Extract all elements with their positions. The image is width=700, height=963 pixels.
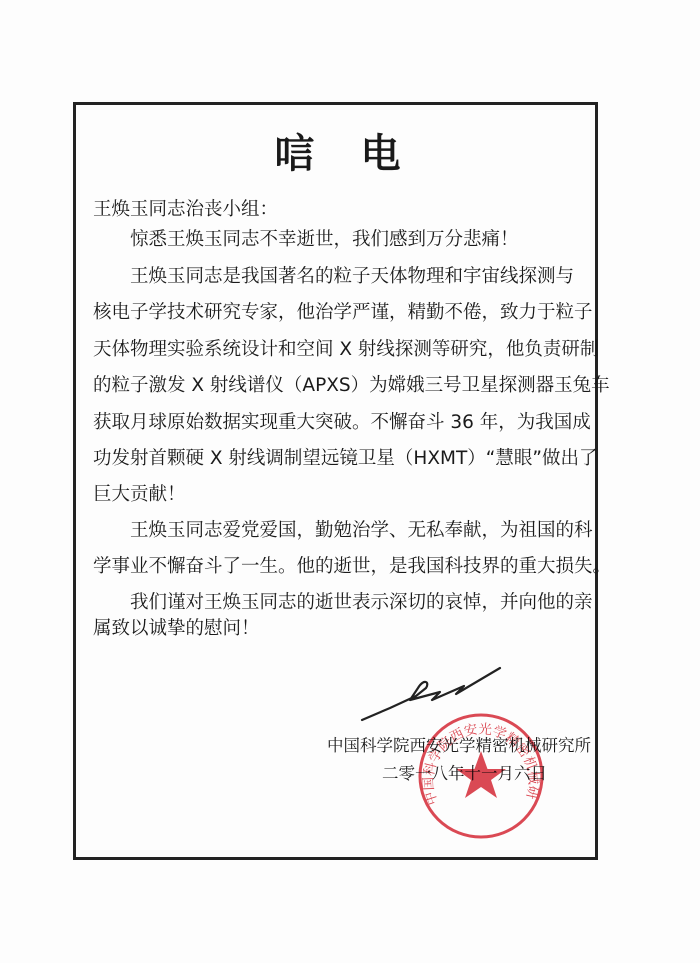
- paragraph-line: 巨大贡献！: [93, 484, 186, 506]
- paragraph-line: 的粒子激发 X 射线谱仪（APXS）为嫦娥三号卫星探测器玉兔车: [93, 375, 610, 397]
- title-char-1: 唁: [275, 122, 315, 179]
- paragraph-line: 学事业不懈奋斗了一生。他的逝世，是我国科技界的重大损失。: [93, 556, 611, 578]
- paragraph-line: 天体物理实验系统设计和空间 X 射线探测等研究，他负责研制: [93, 339, 598, 361]
- paragraph-line: 核电子学技术研究专家，他治学严谨，精勤不倦，致力于粒子: [93, 302, 593, 324]
- official-seal: 中国科学院西安光学精密机械研究所: [416, 711, 546, 841]
- paragraph-line: 我们谨对王焕玉同志的逝世表示深切的哀悼，并向他的亲: [130, 592, 593, 614]
- document-title: 唁电: [0, 122, 675, 179]
- star-icon: [456, 751, 506, 798]
- salutation: 王焕玉同志治丧小组：: [93, 199, 278, 221]
- paragraph-line: 惊悉王焕玉同志不幸逝世，我们感到万分悲痛！: [130, 229, 519, 251]
- paragraph-line: 王焕玉同志是我国著名的粒子天体物理和宇宙线探测与: [130, 266, 574, 288]
- paragraph-line: 属致以诚挚的慰问！: [93, 618, 260, 640]
- paragraph-line: 王焕玉同志爱党爱国，勤勉治学、无私奉献，为祖国的科: [130, 520, 593, 542]
- paragraph-line: 功发射首颗硬 X 射线调制望远镜卫星（HXMT）“慧眼”做出了: [93, 448, 597, 470]
- title-char-2: 电: [361, 122, 401, 179]
- paragraph-line: 获取月球原始数据实现重大突破。不懈奋斗 36 年，为我国成: [93, 412, 591, 434]
